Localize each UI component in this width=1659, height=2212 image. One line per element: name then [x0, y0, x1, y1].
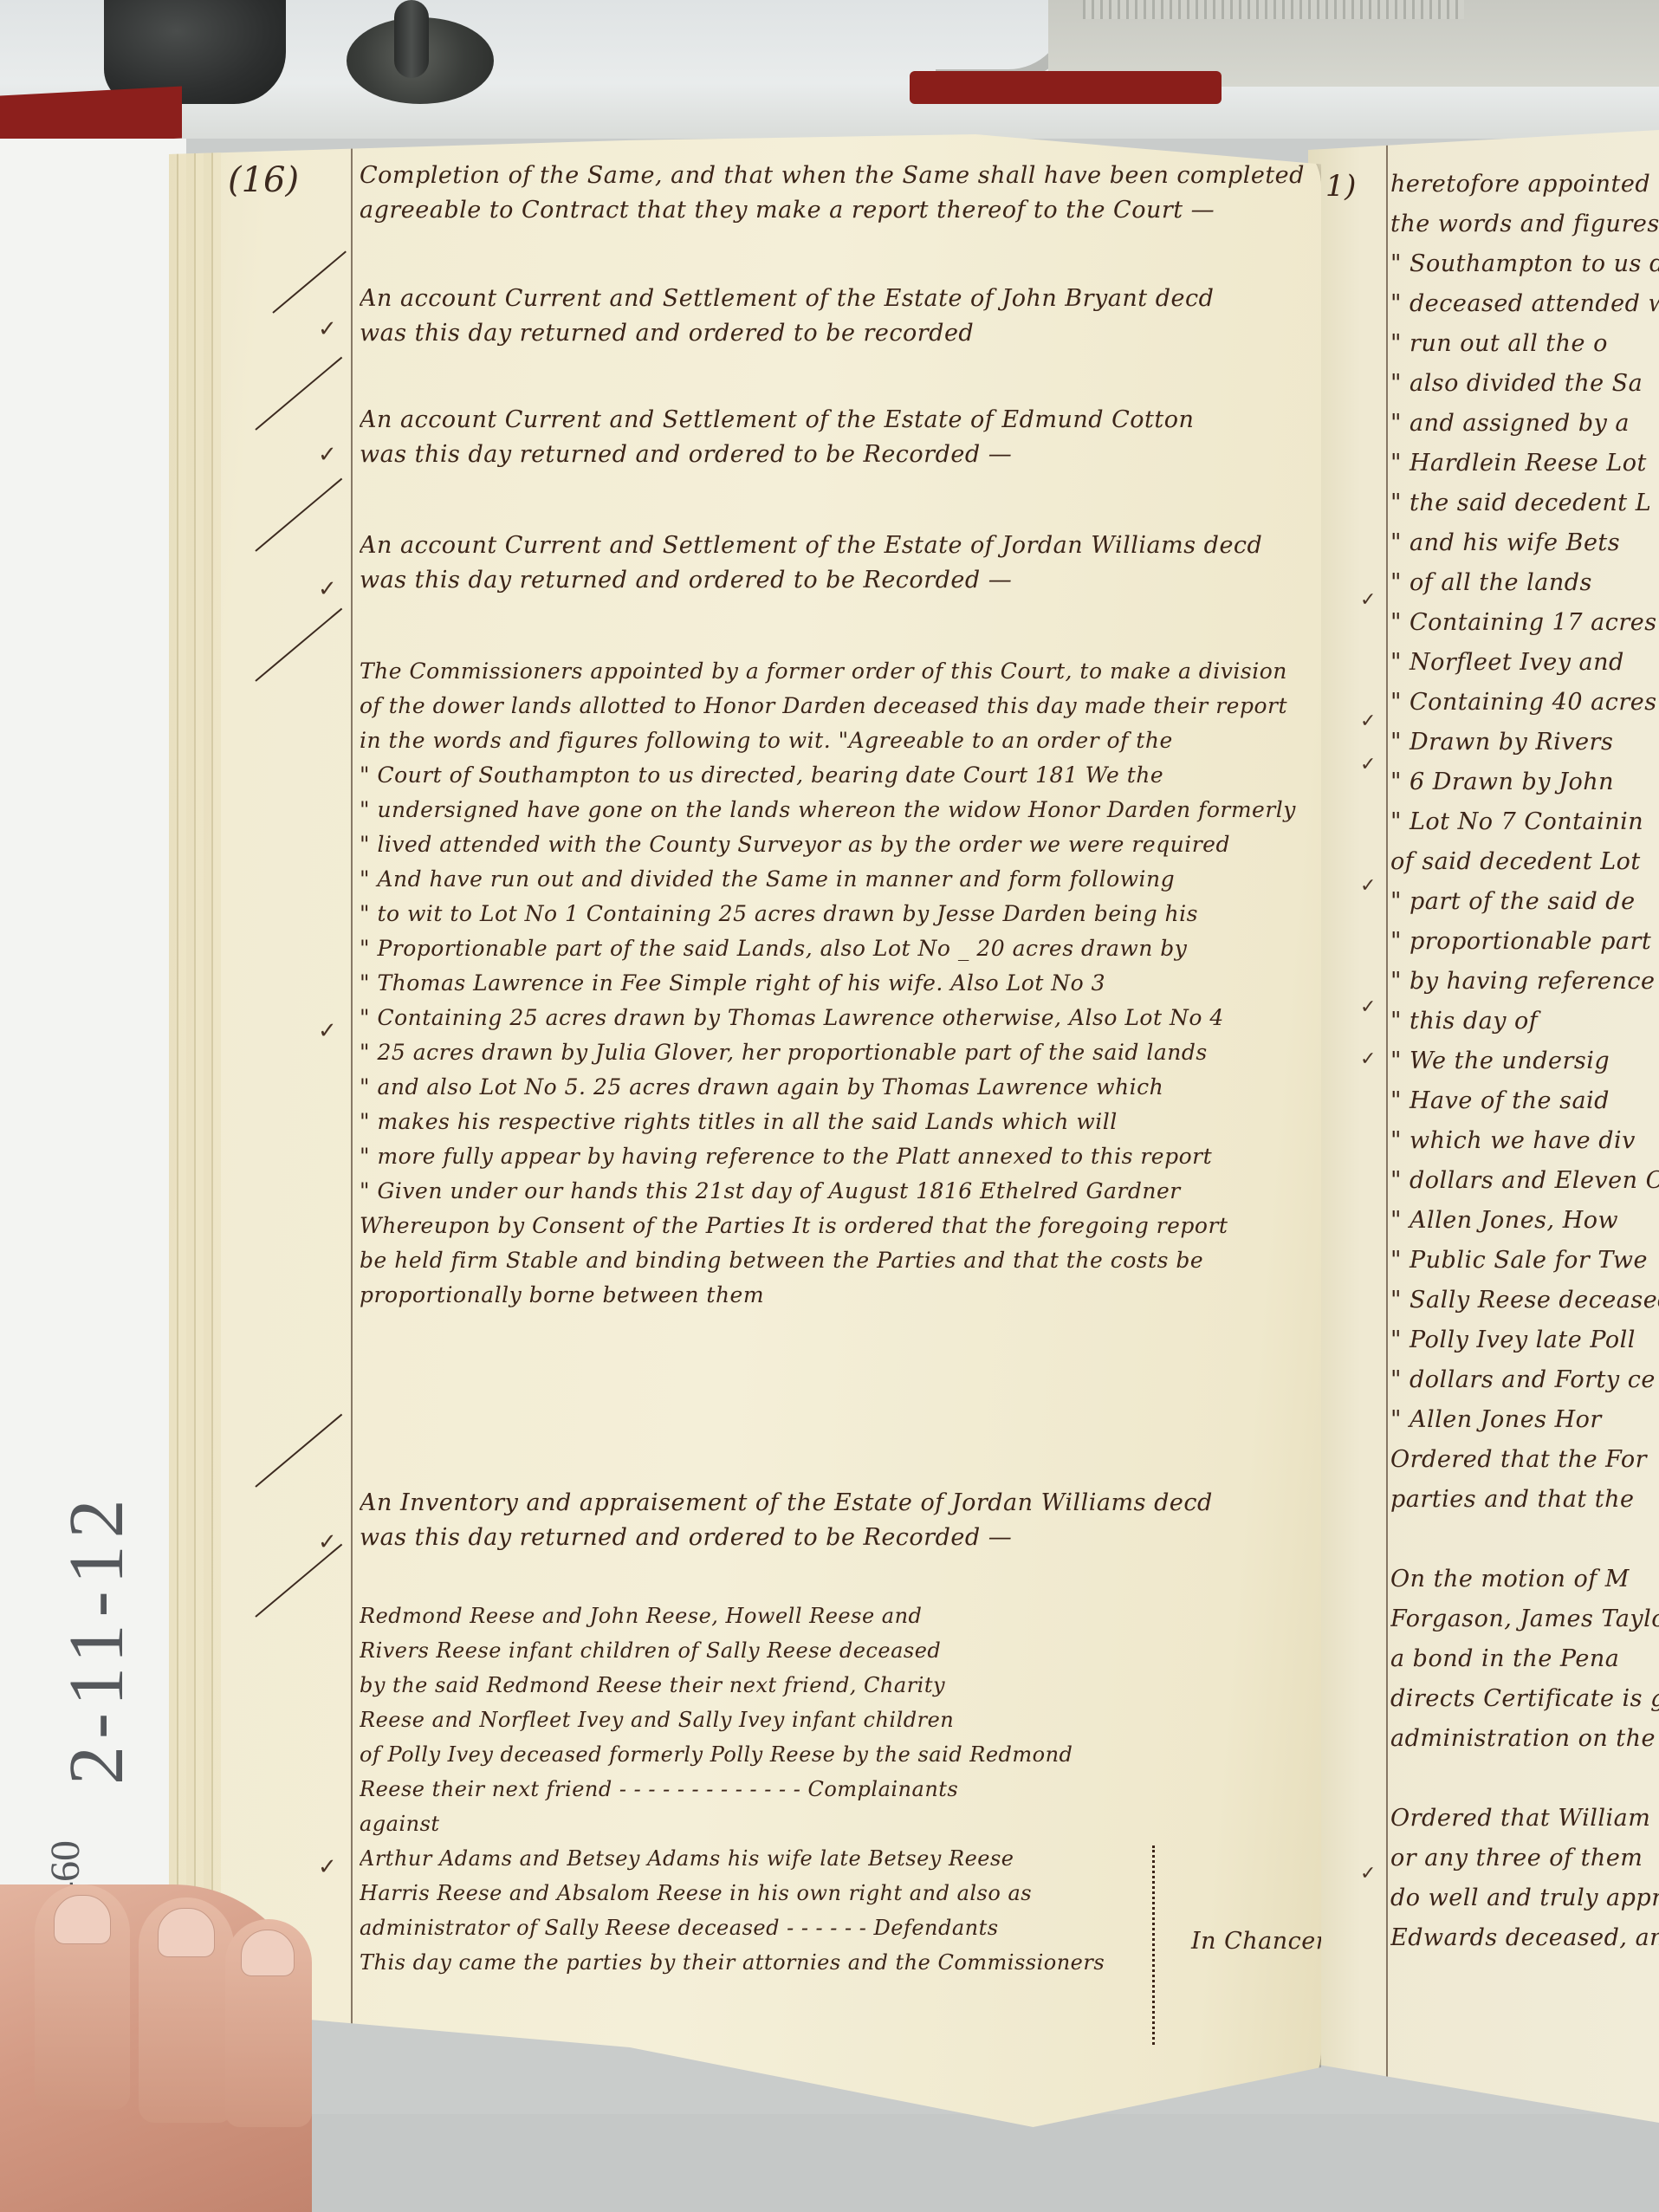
text-line: " And have run out and divided the Same …: [360, 862, 1321, 897]
text-line: " 6 Drawn by John: [1390, 762, 1659, 802]
text-line: " We the undersig: [1390, 1041, 1659, 1081]
entry-reese-chancery-case: Redmond Reese and John Reese, Howell Ree…: [360, 1599, 1165, 1980]
margin-rule: [351, 143, 353, 2075]
entry-slash-mark: [255, 1414, 342, 1488]
text-line: " Have of the said: [1390, 1081, 1659, 1121]
text-line: An account Current and Settlement of the…: [360, 282, 1321, 316]
text-line: This day came the parties by their attor…: [360, 1945, 1165, 1980]
text-line: " Hardlein Reese Lot: [1390, 444, 1659, 483]
text-line: On the motion of M: [1390, 1560, 1659, 1599]
text-line: Reese their next friend - - - - - - - - …: [360, 1772, 1165, 1807]
text-line: " by having reference: [1390, 962, 1659, 1002]
page-number: (16): [228, 160, 299, 200]
text-line: " Southampton to us d: [1390, 244, 1659, 284]
text-line: " 25 acres drawn by Julia Glover, her pr…: [360, 1035, 1321, 1070]
text-line: " Containing 17 acres: [1390, 603, 1659, 643]
text-line: " part of the said de: [1390, 882, 1659, 922]
text-line: " Sally Reese deceased: [1390, 1281, 1659, 1320]
check-tick-icon: ✓: [1360, 589, 1376, 611]
entry-darden-dower-division: The Commissioners appointed by a former …: [360, 654, 1321, 1313]
text-line: of Polly Ivey deceased formerly Polly Re…: [360, 1737, 1165, 1772]
text-line: directs Certificate is gr: [1390, 1679, 1659, 1719]
text-line: " Allen Jones Hor: [1390, 1400, 1659, 1440]
text-line: " of all the lands: [1390, 563, 1659, 603]
check-tick-icon: ✓: [1360, 1048, 1376, 1070]
entry-slash-mark: [272, 251, 347, 314]
scanner-rod: [394, 0, 429, 78]
text-line: An Inventory and appraisement of the Est…: [360, 1486, 1321, 1521]
book-binding-top: [910, 71, 1222, 104]
text-line: was this day returned and ordered to be …: [360, 316, 1321, 351]
entry-slash-mark: [255, 478, 342, 552]
check-tick-icon: ✓: [318, 316, 337, 342]
text-line: Edwards deceased, and: [1390, 1918, 1659, 1958]
text-line: " Lot No 7 Containin: [1390, 802, 1659, 842]
text-line: " to wit to Lot No 1 Containing 25 acres…: [360, 897, 1321, 931]
check-tick-icon: ✓: [1360, 710, 1376, 732]
text-line: administrator of Sally Reese deceased - …: [360, 1910, 1165, 1945]
text-line: a bond in the Pena: [1390, 1639, 1659, 1679]
in-chancery-label: In Chancery: [1191, 1928, 1341, 1955]
text-line: Ordered that William: [1390, 1799, 1659, 1839]
finger: [35, 1884, 130, 2110]
text-line: proportionally borne between them: [360, 1278, 1321, 1313]
text-line: " Thomas Lawrence in Fee Simple right of…: [360, 966, 1321, 1001]
text-line: Rivers Reese infant children of Sally Re…: [360, 1633, 1165, 1668]
check-tick-icon: ✓: [318, 1854, 337, 1880]
left-page: (16) Completion of the Same, and that wh…: [169, 134, 1321, 2127]
text-line: Ordered that the For: [1390, 1440, 1659, 1480]
right-page-text: heretofore appointed the words and figur…: [1390, 165, 1659, 1958]
text-line: " and also Lot No 5. 25 acres drawn agai…: [360, 1070, 1321, 1105]
text-line: in the words and figures following to wi…: [360, 723, 1321, 758]
pencil-annotation: 2-11-12: [52, 1492, 141, 1785]
text-line: against: [360, 1807, 1165, 1841]
text-line: " undersigned have gone on the lands whe…: [360, 793, 1321, 827]
text-line: Whereupon by Consent of the Parties It i…: [360, 1209, 1321, 1243]
hand: [0, 1884, 312, 2212]
text-line: " more fully appear by having reference …: [360, 1139, 1321, 1174]
text-line: " makes his respective rights titles in …: [360, 1105, 1321, 1139]
text-line: " and assigned by a: [1390, 404, 1659, 444]
fingernail: [241, 1930, 295, 1976]
text-line: " and his wife Bets: [1390, 523, 1659, 563]
text-line: Redmond Reese and John Reese, Howell Ree…: [360, 1599, 1165, 1633]
background-equipment: [0, 0, 1659, 139]
text-line: administration on the: [1390, 1719, 1659, 1759]
text-line: The Commissioners appointed by a former …: [360, 654, 1321, 689]
text-line: Harris Reese and Absalom Reese in his ow…: [360, 1876, 1165, 1910]
right-page-number-fragment: 1): [1325, 169, 1357, 204]
text-line: be held firm Stable and binding between …: [360, 1243, 1321, 1278]
text-line: " dollars and Eleven C: [1390, 1161, 1659, 1201]
vent-grille: [1083, 0, 1464, 19]
check-tick-icon: ✓: [1360, 754, 1376, 775]
text-line: " deceased attended w: [1390, 284, 1659, 324]
case-brace: [1152, 1845, 1181, 2045]
right-page: 1) ✓ ✓ ✓ ✓ ✓ ✓ ✓ heretofore appointed th…: [1308, 130, 1659, 2123]
margin-rule: [1386, 130, 1388, 2079]
text-line: " Norfleet Ivey and: [1390, 643, 1659, 683]
text-line: the words and figures: [1390, 204, 1659, 244]
text-line: [1390, 1759, 1659, 1799]
text-line: was this day returned and ordered to be …: [360, 438, 1321, 472]
entry-cotton-estate: An account Current and Settlement of the…: [360, 403, 1321, 472]
entry-slash-mark: [255, 357, 342, 431]
text-line: Reese and Norfleet Ivey and Sally Ivey i…: [360, 1703, 1165, 1737]
fingernail: [158, 1908, 215, 1957]
text-line: of the dower lands allotted to Honor Dar…: [360, 689, 1321, 723]
text-line: " lived attended with the County Surveyo…: [360, 827, 1321, 862]
text-line: [1390, 1520, 1659, 1560]
entry-williams-inventory: An Inventory and appraisement of the Est…: [360, 1486, 1321, 1555]
text-line: " also divided the Sa: [1390, 364, 1659, 404]
text-line: heretofore appointed: [1390, 165, 1659, 204]
entry-bryant-estate: An account Current and Settlement of the…: [360, 282, 1321, 351]
text-line: " Containing 25 acres drawn by Thomas La…: [360, 1001, 1321, 1035]
fingernail: [54, 1895, 111, 1944]
text-line: " Given under our hands this 21st day of…: [360, 1174, 1321, 1209]
text-line: " which we have div: [1390, 1121, 1659, 1161]
check-tick-icon: ✓: [318, 1018, 337, 1044]
text-line: " Polly Ivey late Poll: [1390, 1320, 1659, 1360]
text-line: agreeable to Contract that they make a r…: [360, 193, 1321, 228]
text-line: Completion of the Same, and that when th…: [360, 159, 1321, 193]
text-line: " Court of Southampton to us directed, b…: [360, 758, 1321, 793]
check-tick-icon: ✓: [318, 442, 337, 468]
text-line: " Drawn by Rivers: [1390, 723, 1659, 762]
text-line: " Proportionable part of the said Lands,…: [360, 931, 1321, 966]
text-line: An account Current and Settlement of the…: [360, 403, 1321, 438]
entry-slash-mark: [255, 608, 342, 682]
check-tick-icon: ✓: [318, 576, 337, 602]
white-backing-sheet: 2-11-12 2460: [0, 139, 186, 2088]
finger: [225, 1919, 312, 2127]
text-line: " Containing 40 acres: [1390, 683, 1659, 723]
check-tick-icon: ✓: [1360, 1863, 1376, 1884]
text-line: Forgason, James Taylo: [1390, 1599, 1659, 1639]
entry-continuation: Completion of the Same, and that when th…: [360, 159, 1321, 228]
finger: [139, 1897, 234, 2123]
check-tick-icon: ✓: [1360, 996, 1376, 1018]
text-line: " Allen Jones, How: [1390, 1201, 1659, 1241]
text-line: " proportionable part: [1390, 922, 1659, 962]
entry-williams-settlement: An account Current and Settlement of the…: [360, 529, 1321, 598]
check-tick-icon: ✓: [1360, 875, 1376, 897]
text-line: do well and truly appr: [1390, 1878, 1659, 1918]
text-line: was this day returned and ordered to be …: [360, 563, 1321, 598]
text-line: was this day returned and ordered to be …: [360, 1521, 1321, 1555]
text-line: " dollars and Forty ce: [1390, 1360, 1659, 1400]
text-line: parties and that the: [1390, 1480, 1659, 1520]
text-line: " the said decedent L: [1390, 483, 1659, 523]
text-line: " run out all the o: [1390, 324, 1659, 364]
check-tick-icon: ✓: [318, 1529, 337, 1555]
text-line: of said decedent Lot: [1390, 842, 1659, 882]
text-line: Arthur Adams and Betsey Adams his wife l…: [360, 1841, 1165, 1876]
text-line: An account Current and Settlement of the…: [360, 529, 1321, 563]
text-line: by the said Redmond Reese their next fri…: [360, 1668, 1165, 1703]
text-line: " this day of: [1390, 1002, 1659, 1041]
page-edges: [169, 134, 221, 2127]
text-line: or any three of them: [1390, 1839, 1659, 1878]
text-line: " Public Sale for Twe: [1390, 1241, 1659, 1281]
